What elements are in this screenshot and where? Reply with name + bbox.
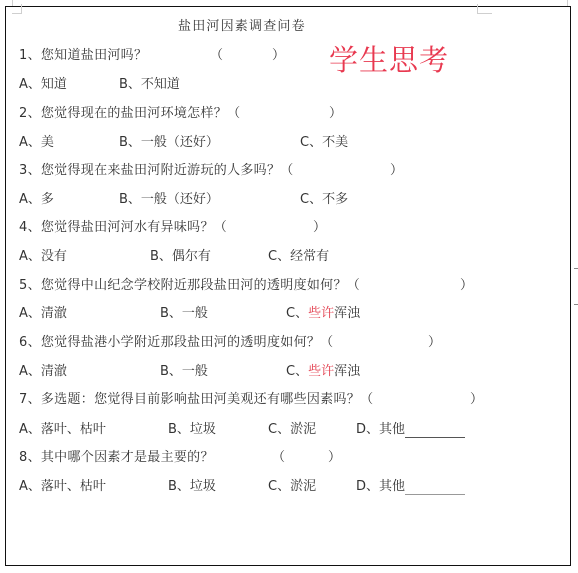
answer-paren-close: ） xyxy=(272,48,285,64)
answer-paren-close: ） xyxy=(390,163,403,179)
question-4: 4、您觉得盐田河河水有异味吗？（ xyxy=(19,220,227,236)
fill-in-blank[interactable] xyxy=(405,424,465,438)
question-6: 6、您觉得盐港小学附近那段盐田河的透明度如何？（ xyxy=(19,335,333,351)
option-b[interactable]: B、不知道 xyxy=(119,77,180,93)
question-8: 8、其中哪个因素才是最主要的？ xyxy=(19,450,214,466)
margin-mark xyxy=(574,304,578,305)
option-b[interactable]: B、垃圾 xyxy=(168,479,216,495)
answer-paren-close: ） xyxy=(328,450,341,466)
student-thinking-stamp: 学生思考 xyxy=(329,43,449,77)
option-c-prefix: C、 xyxy=(286,306,308,321)
option-c[interactable]: C、些许浑浊 xyxy=(286,364,360,380)
margin-mark xyxy=(574,268,578,269)
option-a[interactable]: A、清澈 xyxy=(19,306,67,322)
question-2: 2、您觉得现在的盐田河环境怎样？（ xyxy=(19,106,240,122)
option-d[interactable]: D、其他 xyxy=(356,479,465,495)
answer-paren[interactable]: （ xyxy=(210,48,223,64)
option-d[interactable]: D、其他 xyxy=(356,422,465,438)
question-text: 3、您觉得现在来盐田河附近游玩的人多吗？（ xyxy=(19,163,294,178)
answer-paren[interactable]: （ xyxy=(272,450,285,466)
option-b[interactable]: B、偶尔有 xyxy=(150,249,211,265)
question-text: 5、您觉得中山纪念学校附近那段盐田河的透明度如何？（ xyxy=(19,278,360,293)
fill-in-blank[interactable] xyxy=(405,481,465,495)
crop-mark-top-left xyxy=(12,4,22,14)
option-d-label: D、其他 xyxy=(356,422,405,437)
question-text: 2、您觉得现在的盐田河环境怎样？（ xyxy=(19,106,240,121)
option-a[interactable]: A、知道 xyxy=(19,77,67,93)
option-a[interactable]: A、清澈 xyxy=(19,364,67,380)
option-d-label: D、其他 xyxy=(356,479,405,494)
answer-paren-close: ） xyxy=(329,106,342,122)
question-text: 7、多选题：您觉得目前影响盐田河美观还有哪些因素吗？（ xyxy=(19,392,373,407)
option-b[interactable]: B、一般 xyxy=(160,306,208,322)
option-a[interactable]: A、落叶、枯叶 xyxy=(19,422,106,438)
option-c[interactable]: C、些许浑浊 xyxy=(286,306,360,322)
option-a[interactable]: A、没有 xyxy=(19,249,67,265)
question-text: 1、您知道盐田河吗？ xyxy=(19,48,147,63)
option-c[interactable]: C、不多 xyxy=(300,192,348,208)
option-c-highlight: 些许 xyxy=(308,306,334,321)
question-text: 6、您觉得盐港小学附近那段盐田河的透明度如何？（ xyxy=(19,335,333,350)
option-c-rest: 浑浊 xyxy=(334,306,360,321)
question-3: 3、您觉得现在来盐田河附近游玩的人多吗？（ xyxy=(19,163,294,179)
option-c[interactable]: C、经常有 xyxy=(268,249,329,265)
option-c[interactable]: C、不美 xyxy=(300,135,348,151)
option-a[interactable]: A、美 xyxy=(19,135,54,151)
option-a[interactable]: A、多 xyxy=(19,192,54,208)
option-b[interactable]: B、一般（还好） xyxy=(119,135,219,151)
option-b[interactable]: B、一般 xyxy=(160,364,208,380)
answer-paren-close: ） xyxy=(470,392,483,408)
option-c-rest: 浑浊 xyxy=(334,364,360,379)
crop-mark-top-right xyxy=(477,4,492,14)
question-5: 5、您觉得中山纪念学校附近那段盐田河的透明度如何？（ xyxy=(19,278,360,294)
question-1: 1、您知道盐田河吗？ xyxy=(19,48,147,64)
option-c-highlight: 些许 xyxy=(308,364,334,379)
document-title: 盐田河因素调查问卷 xyxy=(178,19,306,35)
option-a[interactable]: A、落叶、枯叶 xyxy=(19,479,106,495)
question-7: 7、多选题：您觉得目前影响盐田河美观还有哪些因素吗？（ xyxy=(19,392,373,408)
option-b[interactable]: B、一般（还好） xyxy=(119,192,219,208)
answer-paren-close: ） xyxy=(428,335,441,351)
answer-paren-close: ） xyxy=(460,278,473,294)
option-b[interactable]: B、垃圾 xyxy=(168,422,216,438)
question-text: 4、您觉得盐田河河水有异味吗？（ xyxy=(19,220,227,235)
option-c[interactable]: C、淤泥 xyxy=(268,479,316,495)
option-c-prefix: C、 xyxy=(286,364,308,379)
answer-paren-close: ） xyxy=(313,220,326,236)
question-text: 8、其中哪个因素才是最主要的？ xyxy=(19,450,214,465)
option-c[interactable]: C、淤泥 xyxy=(268,422,316,438)
